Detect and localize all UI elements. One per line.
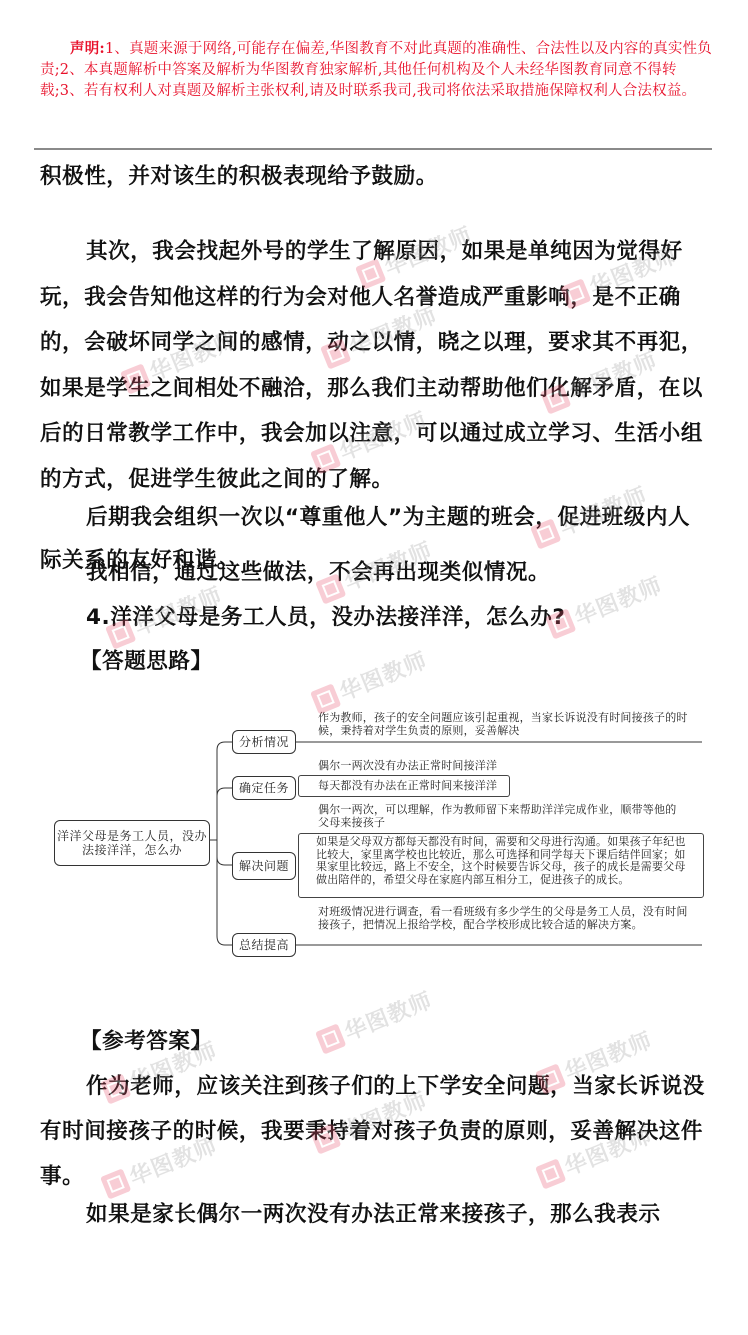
answer-paragraph-2: 如果是家长偶尔一两次没有办法正常来接孩子，那么我表示 xyxy=(40,1195,712,1235)
leaf-task-2: 每天都没有办法在正常时间来接洋洋 xyxy=(318,780,518,793)
leaf-summarize: 对班级情况进行调查，看一看班级有多少学生的父母是务工人员，没有时间接孩子，把情况… xyxy=(318,906,688,931)
disclaimer-label: 声明: xyxy=(70,40,105,57)
paragraph-1: 积极性，并对该生的积极表现给予鼓励。 xyxy=(40,157,712,197)
divider xyxy=(34,148,712,150)
branch-summarize: 总结提高 xyxy=(232,933,296,957)
answer-paragraph-1: 作为老师，应该关注到孩子们的上下学安全问题，当家长诉说没有时间接孩子的时候，我要… xyxy=(40,1064,712,1199)
branch-analyze: 分析情况 xyxy=(232,730,296,754)
leaf-task-1: 偶尔一两次没有办法正常时间接洋洋 xyxy=(318,760,694,773)
disclaimer-text: 1、真题来源于网络,可能存在偏差,华图教育不对此真题的准确性、合法性以及内容的真… xyxy=(40,41,712,99)
thinking-heading: 【答题思路】 xyxy=(80,642,748,682)
answer-heading: 【参考答案】 xyxy=(80,1022,748,1062)
leaf-solve-1: 偶尔一两次，可以理解，作为教师留下来帮助洋洋完成作业，顺带等他的父母来接孩子 xyxy=(318,804,684,829)
mind-map-root: 洋洋父母是务工人员，没办法接洋洋，怎么办 xyxy=(54,820,210,866)
disclaimer: 声明:1、真题来源于网络,可能存在偏差,华图教育不对此真题的准确性、合法性以及内… xyxy=(40,38,712,102)
branch-solve: 解决问题 xyxy=(232,852,296,880)
leaf-solve-2: 如果是父母双方都每天都没有时间，需要和父母进行沟通。如果孩子年纪也比较大，家里离… xyxy=(316,836,688,886)
question-title: 4.洋洋父母是务工人员，没办法接洋洋，怎么办? xyxy=(40,598,712,638)
paragraph-2: 其次，我会找起外号的学生了解原因，如果是单纯因为觉得好玩，我会告知他这样的行为会… xyxy=(40,229,712,502)
mind-map: 洋洋父母是务工人员，没办法接洋洋，怎么办 分析情况 作为教师，孩子的安全问题应该… xyxy=(40,700,720,975)
leaf-analyze: 作为教师，孩子的安全问题应该引起重视，当家长诉说没有时间接孩子的时候，秉持着对学… xyxy=(318,712,694,737)
paragraph-4: 我相信，通过这些做法，不会再出现类似情况。 xyxy=(40,553,712,593)
branch-define-task: 确定任务 xyxy=(232,776,296,800)
